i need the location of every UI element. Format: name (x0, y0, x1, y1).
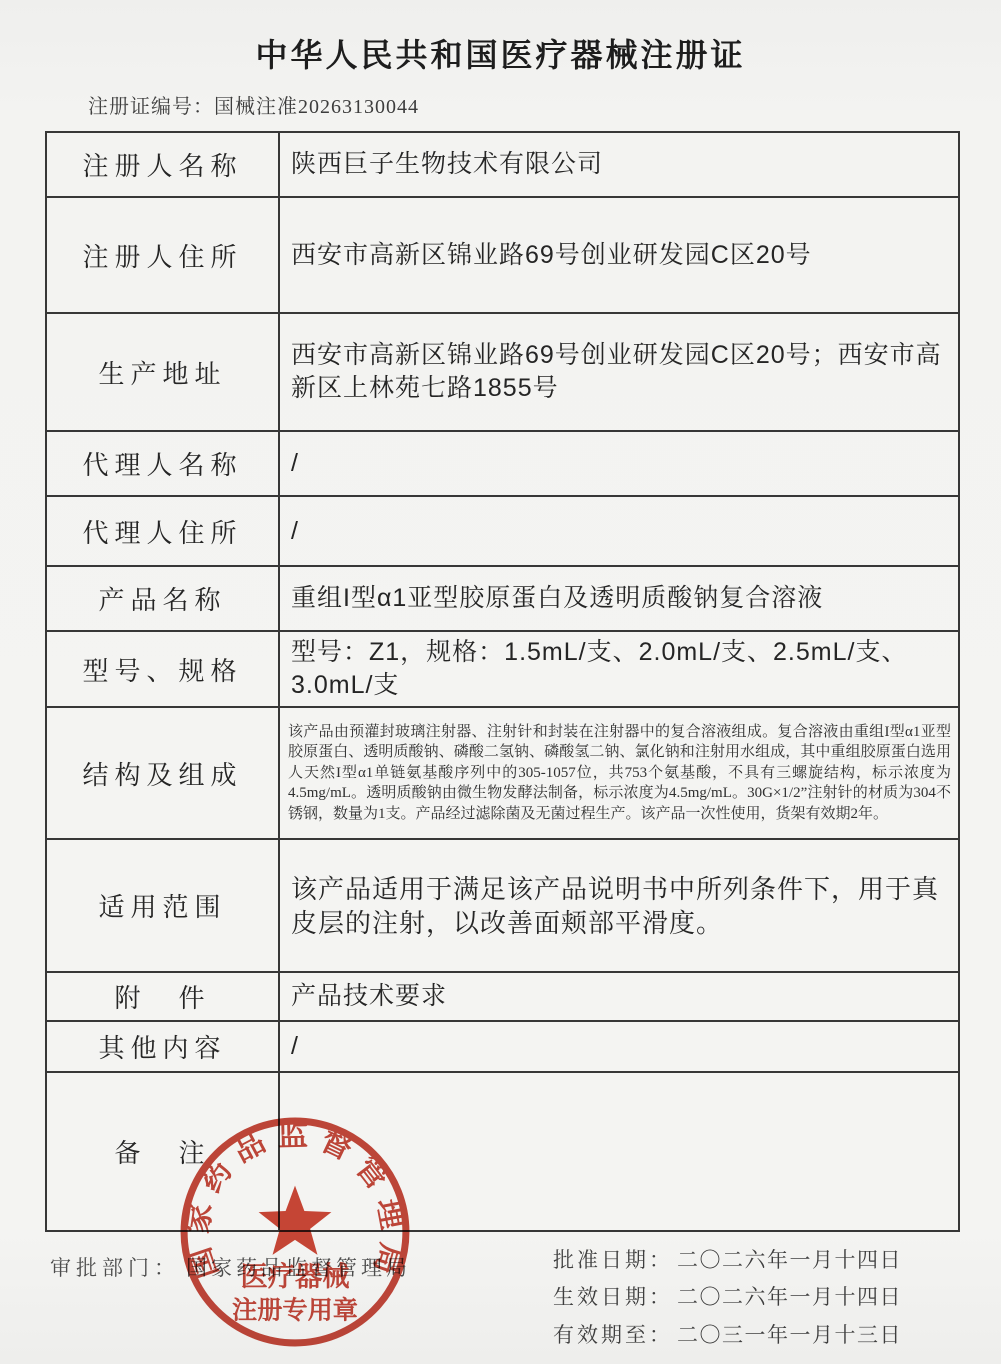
seal-line2: 注册专用章 (232, 1296, 358, 1325)
row-value-other-content: / (279, 1021, 959, 1072)
row-value-agent-address: / (279, 496, 959, 566)
registration-number-value: 国械注准20263130044 (214, 96, 419, 118)
effective-date-row: 生效日期： 二〇二六年一月十四日 (553, 1278, 902, 1316)
row-label-production-address: 生产地址 (46, 313, 279, 431)
certificate-dates: 批准日期： 二〇二六年一月十四日 生效日期： 二〇二六年一月十四日 有效期至： … (553, 1240, 902, 1353)
row-value-registrant-name: 陕西巨子生物技术有限公司 (279, 132, 959, 197)
row-value-product-name: 重组I型α1亚型胶原蛋白及透明质酸钠复合溶液 (279, 566, 959, 631)
approval-date-label: 批准日期： (553, 1244, 673, 1274)
table-row: 代理人名称 / (46, 431, 959, 496)
approval-date-value: 二〇二六年一月十四日 (677, 1244, 902, 1274)
expiry-date-row: 有效期至： 二〇三一年一月十三日 (553, 1315, 902, 1353)
expiry-date-value: 二〇三一年一月十三日 (677, 1319, 902, 1349)
approval-date-row: 批准日期： 二〇二六年一月十四日 (553, 1240, 902, 1278)
row-value-structure-composition: 该产品由预灌封玻璃注射器、注射针和封装在注射器中的复合溶液组成。复合溶液由重组I… (279, 707, 959, 839)
effective-date-label: 生效日期： (553, 1281, 673, 1311)
seal-line1: 医疗器械 (241, 1260, 351, 1291)
registration-number-line: 注册证编号：国械注准20263130044 (88, 90, 419, 119)
seal-star-icon (259, 1186, 332, 1255)
expiry-date-label: 有效期至： (553, 1319, 673, 1349)
row-label-model-spec: 型号、规格 (46, 631, 279, 707)
approval-department-label: 审批部门： (50, 1256, 180, 1280)
row-value-agent-name: / (279, 431, 959, 496)
row-label-agent-name: 代理人名称 (46, 431, 279, 496)
row-label-structure-composition: 结构及组成 (46, 707, 279, 839)
page-title: 中华人民共和国医疗器械注册证 (0, 30, 1001, 76)
row-value-production-address: 西安市高新区锦业路69号创业研发园C区20号；西安市高新区上林苑七路1855号 (279, 313, 959, 431)
table-row: 型号、规格 型号：Z1，规格：1.5mL/支、2.0mL/支、2.5mL/支、3… (46, 631, 959, 707)
table-row: 生产地址 西安市高新区锦业路69号创业研发园C区20号；西安市高新区上林苑七路1… (46, 313, 959, 431)
row-label-attachment: 附 件 (46, 972, 279, 1021)
row-label-other-content: 其他内容 (46, 1021, 279, 1072)
certificate-page: 中华人民共和国医疗器械注册证 注册证编号：国械注准20263130044 注册人… (0, 0, 1001, 1364)
table-row: 适用范围 该产品适用于满足该产品说明书中所列条件下，用于真皮层的注射，以改善面颊… (46, 839, 959, 972)
row-label-registrant-name: 注册人名称 (46, 132, 279, 197)
row-label-intended-use: 适用范围 (46, 839, 279, 972)
table-row: 结构及组成 该产品由预灌封玻璃注射器、注射针和封装在注射器中的复合溶液组成。复合… (46, 707, 959, 839)
table-row: 其他内容 / (46, 1021, 959, 1072)
row-label-registrant-address: 注册人住所 (46, 197, 279, 313)
row-value-intended-use: 该产品适用于满足该产品说明书中所列条件下，用于真皮层的注射，以改善面颊部平滑度。 (279, 839, 959, 972)
row-value-model-spec: 型号：Z1，规格：1.5mL/支、2.0mL/支、2.5mL/支、3.0mL/支 (279, 631, 959, 707)
table-row: 注册人住所 西安市高新区锦业路69号创业研发园C区20号 (46, 197, 959, 313)
seal-graphic: 国家药品监督管理局 医疗器械 注册专用章 (174, 1111, 416, 1353)
table-row: 附 件 产品技术要求 (46, 972, 959, 1021)
registration-number-label: 注册证编号： (88, 96, 214, 118)
table-row: 注册人名称 陕西巨子生物技术有限公司 (46, 132, 959, 197)
row-value-registrant-address: 西安市高新区锦业路69号创业研发园C区20号 (279, 197, 959, 313)
official-seal-stamp: 国家药品监督管理局 医疗器械 注册专用章 (174, 1111, 416, 1353)
table-row: 代理人住所 / (46, 496, 959, 566)
row-label-agent-address: 代理人住所 (46, 496, 279, 566)
row-value-attachment: 产品技术要求 (279, 972, 959, 1021)
effective-date-value: 二〇二六年一月十四日 (677, 1281, 902, 1311)
row-label-product-name: 产品名称 (46, 566, 279, 631)
table-row: 产品名称 重组I型α1亚型胶原蛋白及透明质酸钠复合溶液 (46, 566, 959, 631)
certificate-table: 注册人名称 陕西巨子生物技术有限公司 注册人住所 西安市高新区锦业路69号创业研… (45, 131, 960, 1232)
